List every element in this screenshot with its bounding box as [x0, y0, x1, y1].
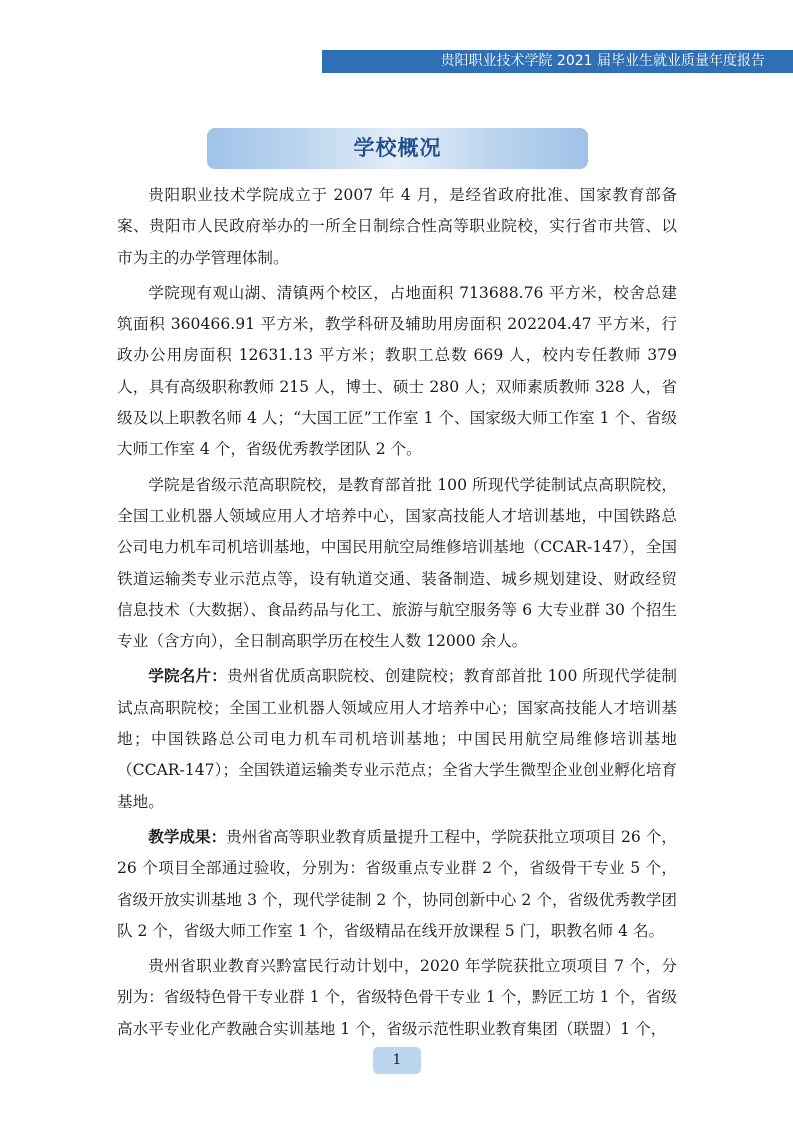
- paragraph-text: 学院是省级示范高职院校，是教育部首批 100 所现代学徒制试点高职院校，全国工业…: [117, 476, 677, 650]
- paragraph-teaching-achievements: 教学成果：贵州省高等职业教育质量提升工程中，学院获批立项项目 26 个，26 个…: [117, 822, 677, 947]
- paragraph-label: 学院名片：: [148, 667, 227, 685]
- page-number-badge: 1: [373, 1047, 421, 1074]
- paragraph-campus-facts: 学院现有观山湖、清镇两个校区，占地面积 713688.76 平方米，校舍总建筑面…: [117, 278, 677, 466]
- paragraph-text: 贵州省优质高职院校、创建院校；教育部首批 100 所现代学徒制试点高职院校；全国…: [117, 667, 677, 810]
- paragraph-text: 贵阳职业技术学院成立于 2007 年 4 月，是经省政府批准、国家教育部备案、贵…: [117, 186, 677, 267]
- paragraph-text: 学院现有观山湖、清镇两个校区，占地面积 713688.76 平方米，校舍总建筑面…: [117, 284, 677, 458]
- paragraph-action-plan: 贵州省职业教育兴黔富民行动计划中，2020 年学院获批立项项目 7 个，分别为：…: [117, 951, 677, 1045]
- page-number: 1: [393, 1052, 402, 1068]
- paragraph-institution-status: 学院是省级示范高职院校，是教育部首批 100 所现代学徒制试点高职院校，全国工业…: [117, 470, 677, 658]
- section-title: 学校概况: [354, 136, 442, 160]
- report-header-bar: 贵阳职业技术学院 2021 届毕业生就业质量年度报告: [322, 50, 793, 73]
- paragraph-text: 贵州省职业教育兴黔富民行动计划中，2020 年学院获批立项项目 7 个，分别为：…: [117, 957, 677, 1038]
- report-title: 贵阳职业技术学院 2021 届毕业生就业质量年度报告: [440, 53, 765, 69]
- paragraph-college-profile: 学院名片：贵州省优质高职院校、创建院校；教育部首批 100 所现代学徒制试点高职…: [117, 661, 677, 817]
- paragraph-label: 教学成果：: [148, 828, 226, 846]
- document-body: 贵阳职业技术学院成立于 2007 年 4 月，是经省政府批准、国家教育部备案、贵…: [117, 180, 677, 1049]
- section-title-box: 学校概况: [207, 128, 588, 169]
- paragraph-founding: 贵阳职业技术学院成立于 2007 年 4 月，是经省政府批准、国家教育部备案、贵…: [117, 180, 677, 274]
